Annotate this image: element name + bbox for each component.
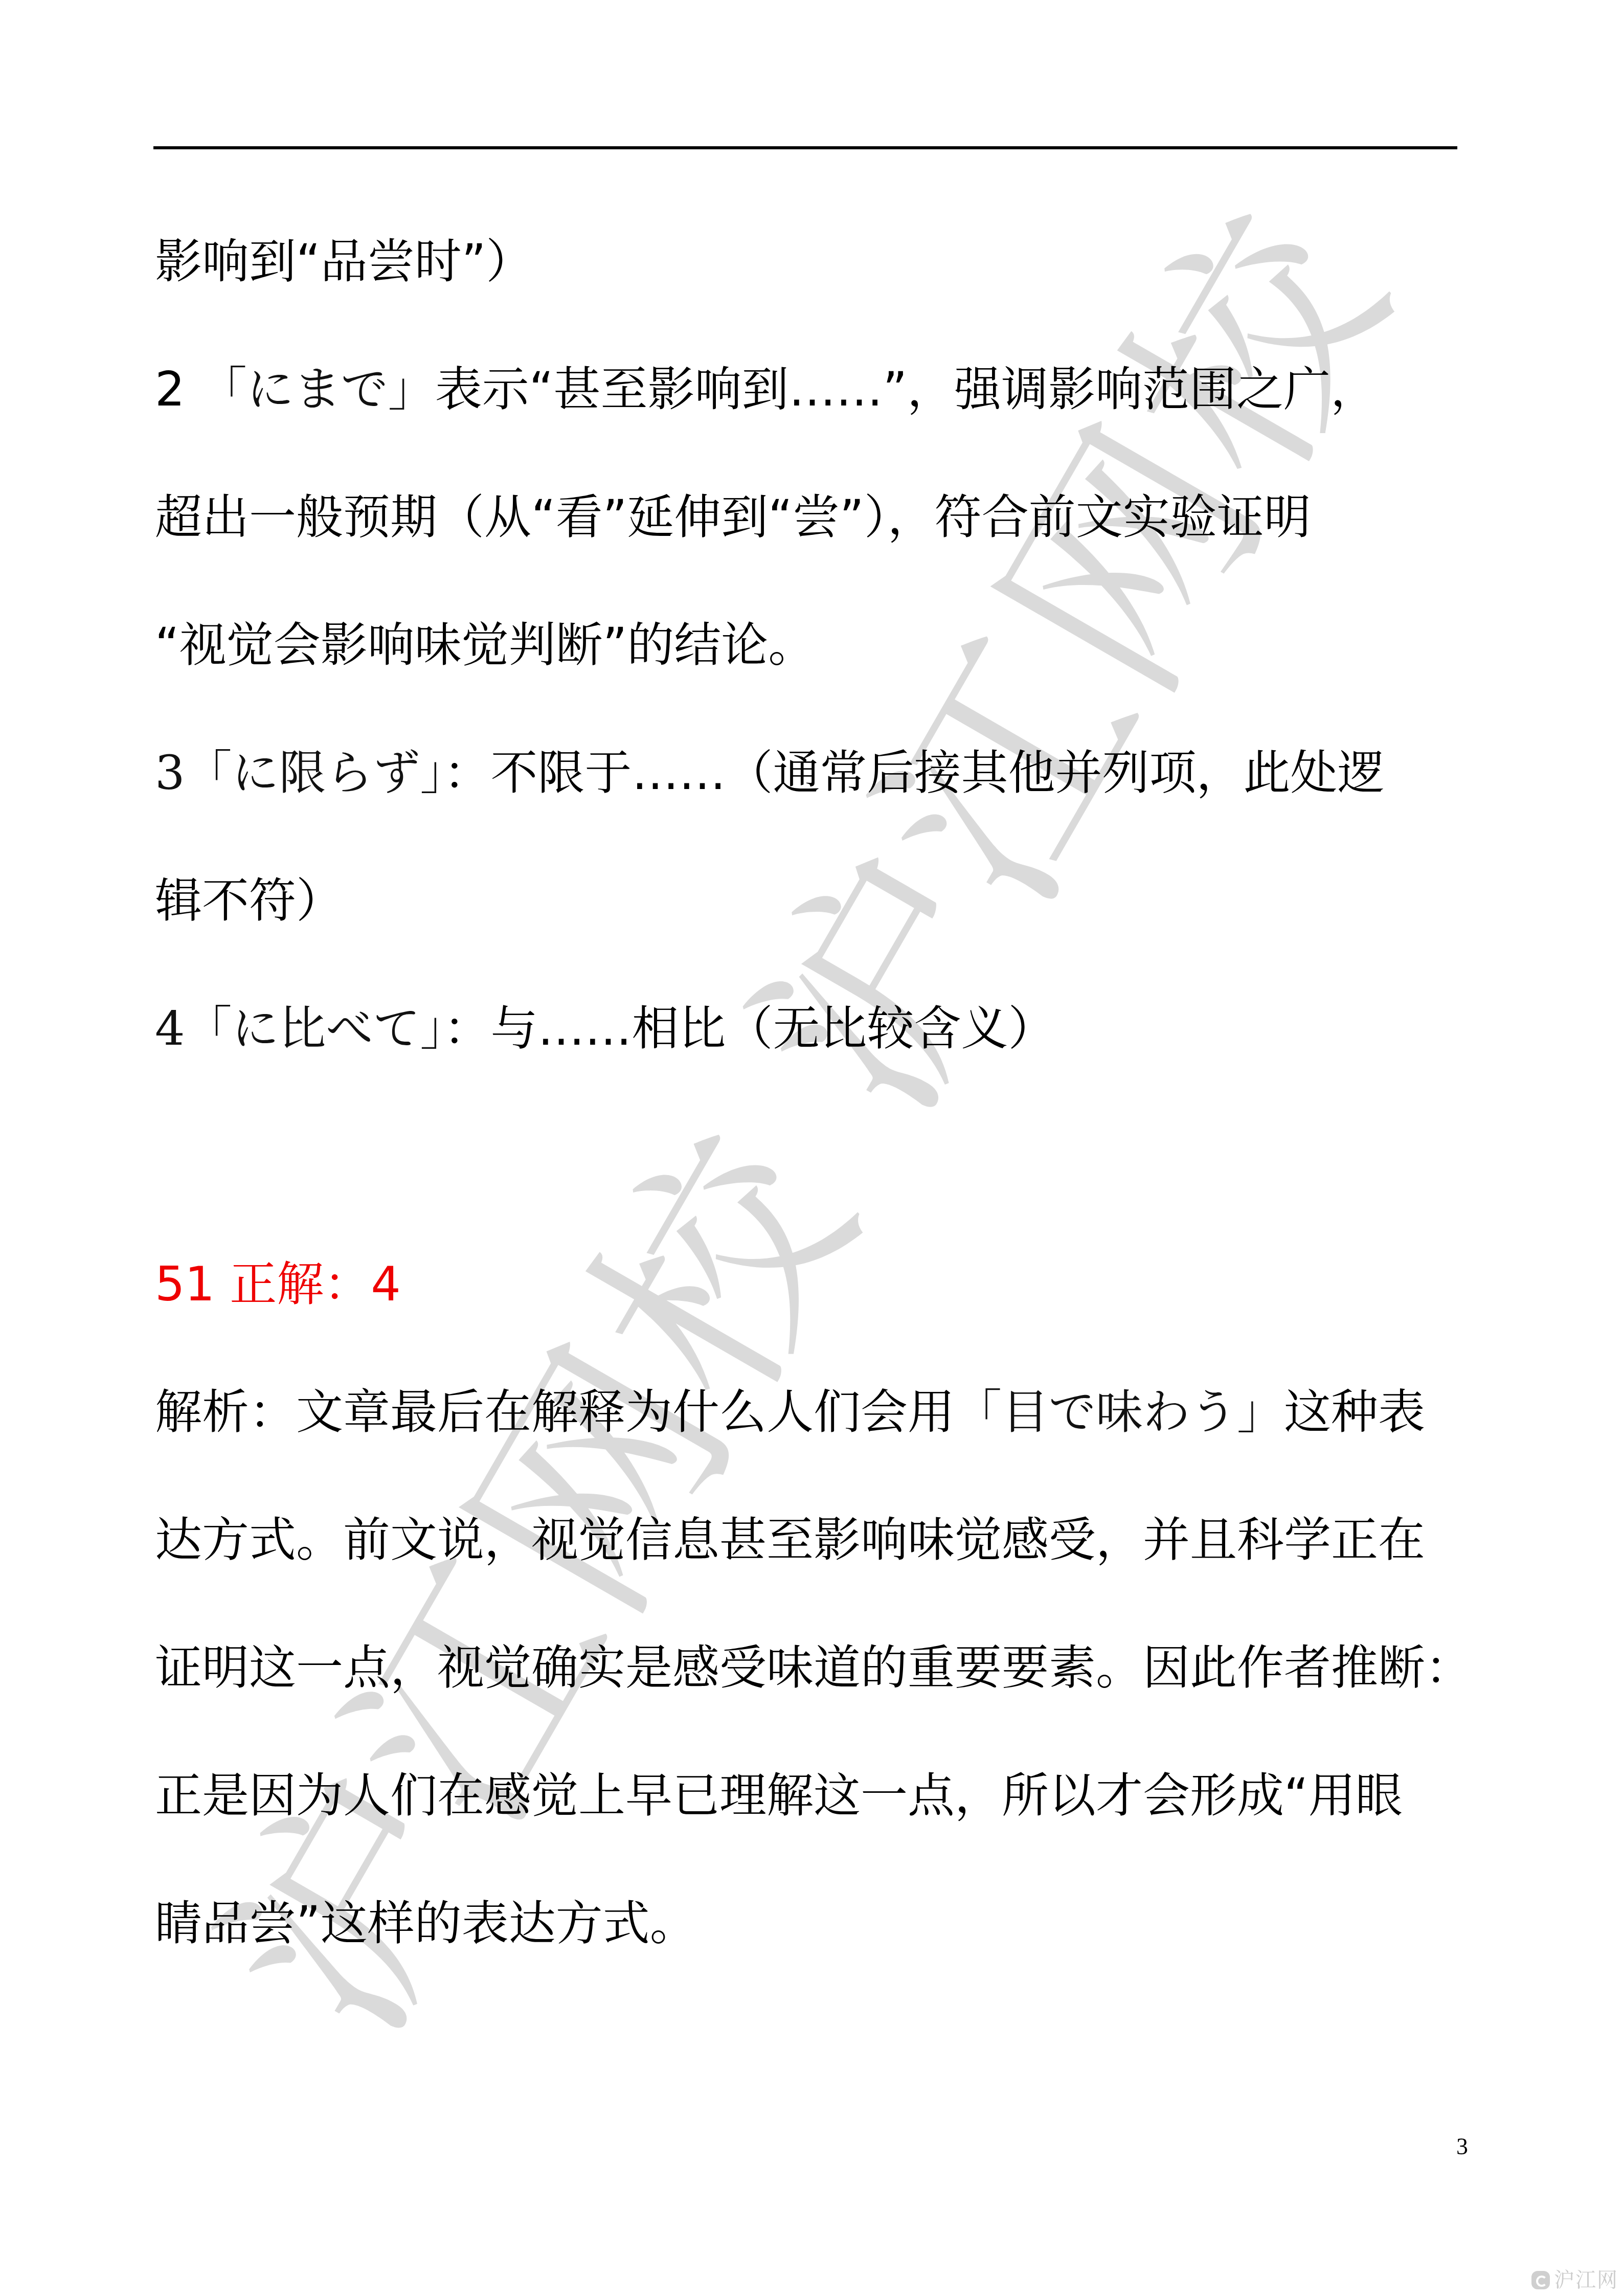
text-segment: ：不限于……（通常后接其他并列项，此处逻 (444, 746, 1385, 800)
text-segment: 这种表 (1284, 1385, 1425, 1439)
option-2-line: 2 「にまで」表示“甚至影响到……”，强调影响范围之广， (155, 356, 1469, 423)
answer-heading: 51 正解：4 (155, 1251, 1469, 1318)
brand-logo: 沪江网 (1531, 2268, 1618, 2292)
japanese-term: 3「に限らず」 (155, 746, 444, 800)
analysis-line: 达方式。前文说，视觉信息甚至影响味觉感受，并且科学正在 (155, 1507, 1469, 1573)
header-rule (153, 146, 1457, 149)
text-line: 影响到“品尝时”） (155, 229, 1469, 295)
option-number: 2 (155, 362, 200, 417)
document-page: 沪江网校 沪江网校 影响到“品尝时”） 2 「にまで」表示“甚至影响到……”，强… (0, 0, 1623, 2296)
option-4-line: 4「に比べて」：与……相比（无比较含义） (155, 996, 1469, 1062)
brand-name: 沪江网 (1554, 2268, 1618, 2292)
analysis-line: 解析：文章最后在解释为什么人们会用「目で味わう」这种表 (155, 1379, 1469, 1446)
japanese-term: 「にまで」 (200, 362, 435, 417)
option-3-line: 3「に限らず」：不限于……（通常后接其他并列项，此处逻 (155, 740, 1469, 806)
answer-label: 51 正解：4 (155, 1257, 401, 1312)
text-segment: 影响到“品尝时”） (155, 234, 533, 289)
text-line: 辑不符） (155, 868, 1469, 934)
japanese-term: 4「に比べて」 (155, 1001, 444, 1056)
text-segment: 超出一般预期（从“看”延伸到“尝”），符合前文实验证明 (155, 490, 1311, 545)
text-segment: 正是因为人们在感觉上早已理解这一点，所以才会形成“用眼 (155, 1768, 1403, 1823)
text-segment: 解析：文章最后在解释为什么人们会用 (155, 1385, 955, 1439)
analysis-line: 正是因为人们在感觉上早已理解这一点，所以才会形成“用眼 (155, 1763, 1469, 1829)
analysis-line: 睛品尝”这样的表达方式。 (155, 1890, 1469, 1957)
text-line: “视觉会影响味觉判断”的结论。 (155, 612, 1469, 679)
page-number: 3 (1456, 2131, 1468, 2162)
text-line: 超出一般预期（从“看”延伸到“尝”），符合前文实验证明 (155, 484, 1469, 551)
japanese-term: 「目で味わう」 (955, 1385, 1284, 1439)
text-segment: 睛品尝”这样的表达方式。 (155, 1896, 697, 1951)
text-segment: ：与……相比（无比较含义） (444, 1001, 1055, 1056)
text-segment: 证明这一点，视觉确实是感受味道的重要要素。因此作者推断： (155, 1640, 1472, 1695)
text-segment: “视觉会影响味觉判断”的结论。 (155, 618, 815, 672)
hujiang-logo-icon (1531, 2271, 1550, 2289)
text-segment: 表示“甚至影响到……”，强调影响范围之广， (435, 362, 1378, 417)
text-segment: 达方式。前文说，视觉信息甚至影响味觉感受，并且科学正在 (155, 1513, 1425, 1567)
analysis-line: 证明这一点，视觉确实是感受味道的重要要素。因此作者推断： (155, 1635, 1469, 1701)
text-segment: 辑不符） (155, 873, 343, 928)
